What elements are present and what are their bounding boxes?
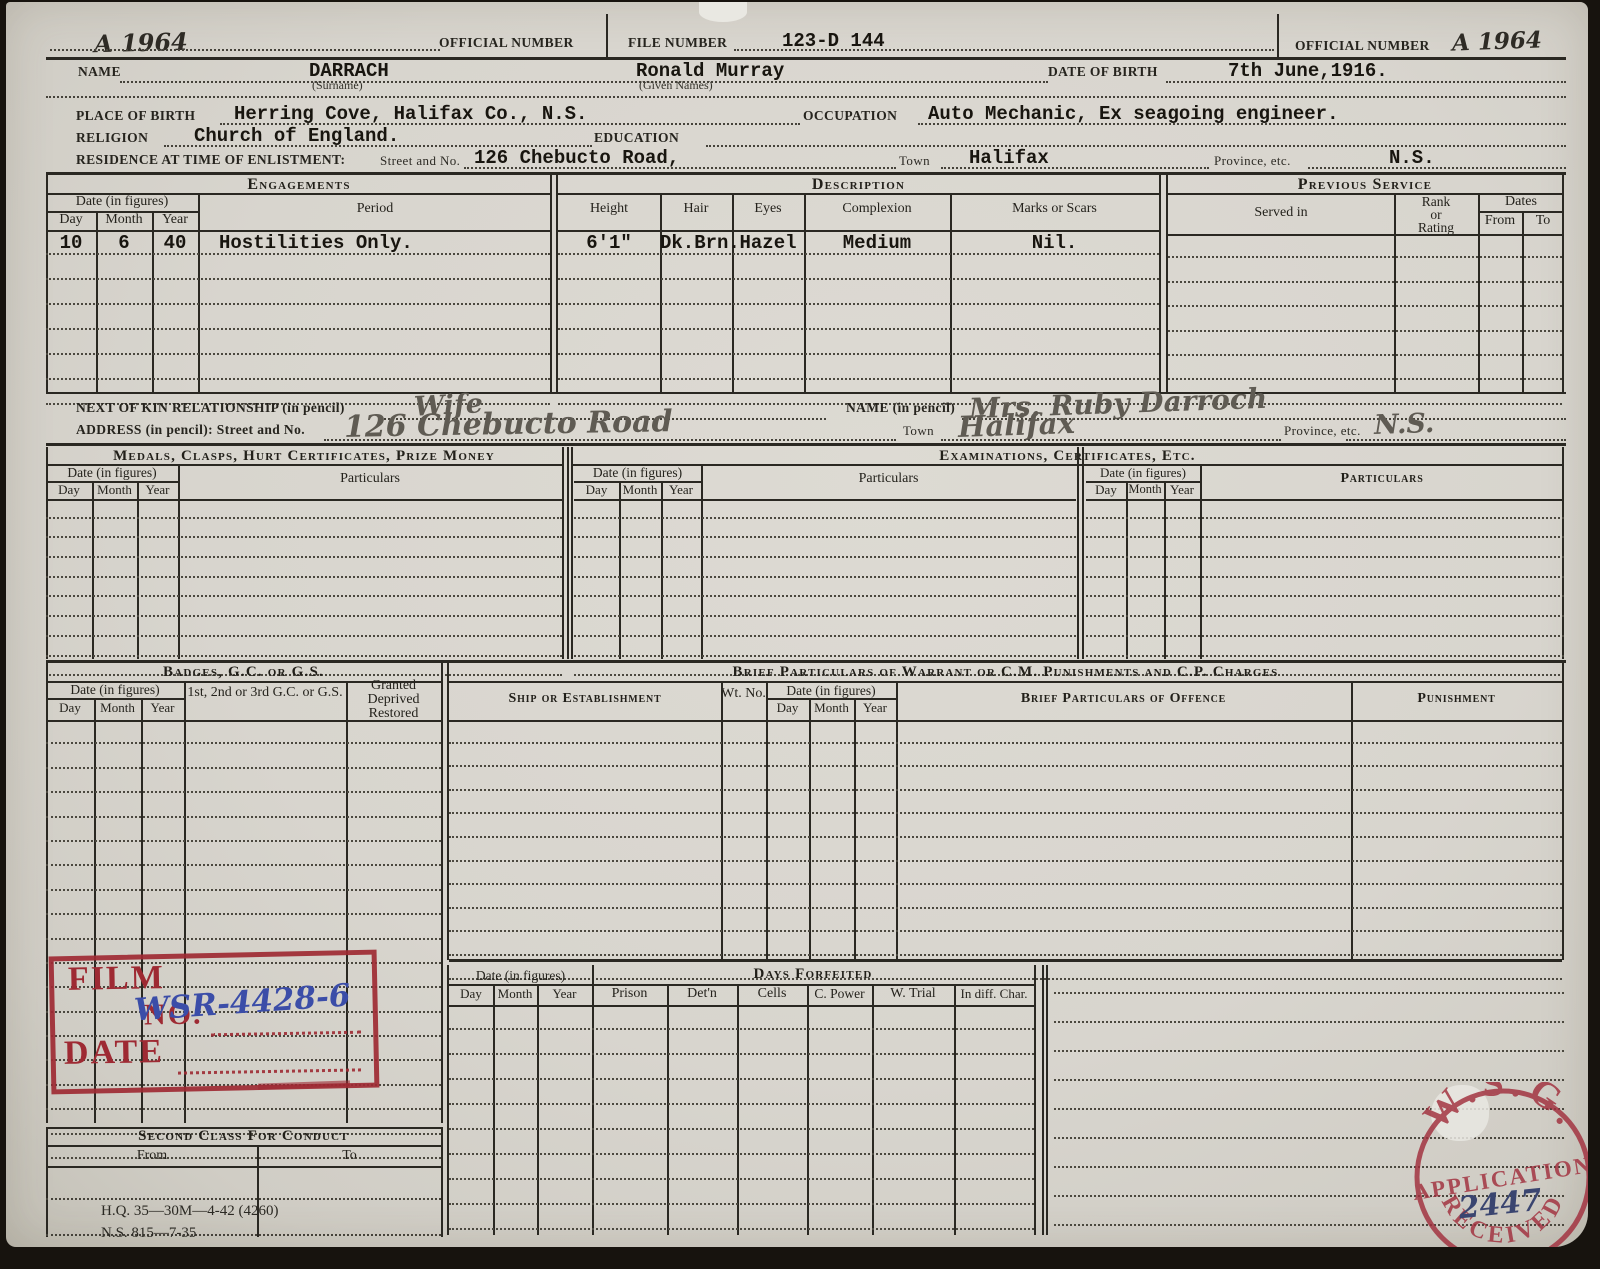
form-number-line2: N.S. 815—7-35 (101, 1225, 196, 1242)
second-class-title: Second Class For Conduct (46, 1128, 441, 1145)
rule (46, 1145, 441, 1147)
badges-granted-header: Granted Deprived Restored (346, 679, 441, 721)
dotted-leader (1166, 81, 1566, 83)
detn-header: Det'n (667, 986, 737, 1002)
table-border (1562, 663, 1564, 960)
complexion-header: Complexion (804, 201, 950, 217)
province-label: Province, etc. (1214, 153, 1291, 169)
punish-month-header: Month (809, 700, 854, 716)
divider (1277, 14, 1279, 58)
to-header: To (1522, 213, 1564, 229)
medals-title: Medals, Clasps, Hurt Certificates, Prize… (46, 448, 562, 465)
medals-month-header: Month (92, 482, 137, 498)
served-in-header: Served in (1168, 205, 1394, 221)
badges-year-header: Year (141, 700, 184, 716)
engagements-empty-rows (46, 230, 550, 405)
rank-line3: Rating (1394, 221, 1478, 234)
official-number-right-value: A 1964 (1452, 26, 1543, 56)
residence-label: RESIDENCE AT TIME OF ENLISTMENT: (76, 152, 345, 168)
residence-sublabel: Street and No. (380, 153, 460, 169)
table-border (1034, 965, 1036, 1235)
exam-mid-empty-rows (574, 499, 1076, 676)
examinations-title: Examinations, Certificates, Etc. (571, 448, 1564, 465)
religion-label: RELIGION (76, 130, 148, 146)
religion-value: Church of England. (194, 125, 399, 147)
eyes-header: Eyes (732, 201, 804, 217)
dotted-leader (1308, 167, 1566, 169)
film-stamp-date-label: DATE (64, 1033, 165, 1073)
from-header: From (1478, 213, 1522, 229)
exam-right-day-header: Day (1086, 482, 1126, 498)
exam-mid-day-header: Day (574, 482, 619, 498)
dotted-leader (941, 167, 1209, 169)
dotted-leader (706, 145, 1566, 147)
period-header: Period (198, 201, 552, 217)
residence-value: 126 Chebucto Road, (474, 147, 679, 169)
height-header: Height (558, 201, 660, 217)
nok-relationship-label: NEXT OF KIN RELATIONSHIP (in pencil) (76, 400, 345, 416)
exam-mid-month-header: Month (619, 482, 661, 498)
place-of-birth-value: Herring Cove, Halifax Co., N.S. (234, 103, 587, 125)
forfeit-empty-rows (449, 1005, 1034, 1247)
table-border (567, 447, 569, 659)
engagements-title: Engagements (46, 176, 552, 194)
punishments-empty-rows (449, 720, 1562, 980)
file-number-value: 123-D 144 (782, 30, 885, 52)
medals-particulars-header: Particulars (178, 471, 562, 487)
official-number-label: OFFICIAL NUMBER (439, 35, 574, 51)
w-trial-header: W. Trial (872, 986, 954, 1002)
given-names-caption: (Given Names) (639, 78, 713, 93)
forfeit-month-header: Month (493, 986, 537, 1002)
days-forfeited-title: Days Forfeited (592, 966, 1034, 983)
file-number-label: FILE NUMBER (628, 35, 727, 51)
prison-header: Prison (592, 986, 667, 1002)
exam-mid-year-header: Year (661, 482, 701, 498)
nok-address-label: ADDRESS (in pencil): Street and No. (76, 422, 305, 438)
rule (46, 443, 1566, 446)
occupation-label: OCCUPATION (803, 108, 897, 124)
marks-header: Marks or Scars (950, 201, 1159, 217)
in-diff-char-header: In diff. Char. (954, 986, 1034, 1002)
exam-right-empty-rows (1086, 499, 1564, 676)
medals-day-header: Day (46, 482, 92, 498)
town-label: Town (899, 153, 930, 169)
name-label: NAME (78, 64, 121, 80)
col-divider (257, 1145, 259, 1237)
dotted-leader (918, 123, 1566, 125)
nok-province-value: N.S. (1373, 408, 1434, 441)
received-stamp: W.S.G. APPLICATION RECEIVED 2447 (1401, 1082, 1588, 1247)
table-border (441, 663, 443, 1123)
badges-date-group: Date (in figures) (46, 682, 184, 698)
day-header: Day (46, 212, 96, 228)
official-number-left-value: A 1964 (94, 27, 189, 58)
table-border (562, 447, 564, 659)
date-group-header: Date (in figures) (46, 194, 198, 210)
dotted-leader (324, 439, 896, 441)
occupation-value: Auto Mechanic, Ex seagoing engineer. (928, 103, 1338, 125)
rule (558, 193, 1159, 195)
rank-header: Rank or Rating (1394, 195, 1478, 234)
punish-date-group: Date (in figures) (766, 683, 896, 699)
dates-header: Dates (1478, 194, 1564, 210)
previous-service-title: Previous Service (1168, 176, 1562, 194)
badges-day-header: Day (46, 700, 94, 716)
official-number-right-label: OFFICIAL NUMBER (1295, 38, 1430, 54)
offence-header: Brief Particulars of Offence (896, 691, 1351, 707)
table-border (1046, 965, 1048, 1235)
punish-day-header: Day (766, 700, 809, 716)
exam-right-date-group: Date (in figures) (1086, 465, 1200, 481)
rule (46, 1166, 441, 1168)
punishments-title: Brief Particulars of Warrant or C.M. Pun… (449, 664, 1562, 681)
nok-province-label: Province, etc. (1284, 423, 1361, 439)
medals-date-group: Date (in figures) (46, 465, 178, 481)
province-value: N.S. (1389, 147, 1435, 169)
badges-gc-header: 1st, 2nd or 3rd G.C. or G.S. (184, 685, 346, 701)
nok-name-label: NAME (in pencil) (846, 400, 955, 416)
forfeit-day-header: Day (449, 986, 493, 1002)
exam-right-year-header: Year (1164, 482, 1200, 498)
rule (571, 464, 1564, 466)
date-of-birth-value: 7th June,1916. (1228, 60, 1388, 82)
forfeit-year-header: Year (537, 986, 592, 1002)
table-border (1159, 175, 1161, 392)
dotted-leader (1346, 439, 1566, 441)
cells-header: Cells (737, 986, 807, 1002)
second-class-from-header: From (46, 1148, 258, 1164)
ship-header: Ship or Establishment (449, 691, 721, 707)
second-class-to-header: To (258, 1148, 441, 1164)
description-empty-rows (558, 230, 1159, 405)
scanned-service-record: { "colors": { "paper": "#d8d5ce", "ink":… (0, 0, 1600, 1269)
place-of-birth-label: PLACE OF BIRTH (76, 108, 195, 124)
exam-mid-particulars-header: Particulars (701, 471, 1076, 487)
paper-tear (699, 2, 747, 22)
medals-empty-rows (46, 499, 562, 676)
c-power-header: C. Power (807, 986, 872, 1002)
dotted-leader (941, 439, 1281, 441)
dotted-leader (120, 81, 1048, 83)
table-border (1082, 447, 1084, 659)
table-border (571, 447, 573, 659)
date-of-birth-label: DATE OF BIRTH (1048, 64, 1158, 80)
table-border (1077, 447, 1079, 659)
description-title: Description (558, 176, 1159, 194)
punishment-header: Punishment (1351, 691, 1562, 707)
svg-text:W.S.G.: W.S.G. (1415, 1082, 1588, 1137)
previous-service-empty-rows (1168, 234, 1562, 405)
badges-month-header: Month (94, 700, 141, 716)
punish-year-header: Year (854, 700, 896, 716)
month-header: Month (96, 212, 152, 228)
rule (46, 172, 1566, 175)
nok-town-label: Town (903, 423, 934, 439)
forfeit-date-group: Date (in figures) (449, 968, 592, 984)
hair-header: Hair (660, 201, 732, 217)
form-number-line1: H.Q. 35—30M—4-42 (4260) (101, 1203, 279, 1220)
table-border (1042, 965, 1044, 1235)
rule (449, 681, 1562, 683)
rule (46, 660, 1566, 663)
wt-no-header: Wt. No. (721, 686, 766, 701)
medals-year-header: Year (137, 482, 178, 498)
received-stamp-org: W.S.G. (1415, 1082, 1588, 1137)
rule (449, 959, 1562, 962)
form-paper: A 1964 OFFICIAL NUMBER FILE NUMBER 123-D… (6, 2, 1588, 1247)
dotted-leader (50, 49, 440, 51)
dotted-row (46, 1198, 441, 1200)
year-header: Year (152, 212, 198, 228)
surname-caption: (Surname) (312, 78, 363, 93)
dotted-leader (46, 96, 1566, 98)
town-value: Halifax (969, 147, 1049, 169)
table-border (441, 1127, 443, 1237)
education-label: EDUCATION (594, 130, 679, 146)
exam-mid-date-group: Date (in figures) (574, 465, 701, 481)
dotted-leader (464, 167, 896, 169)
exam-right-particulars-header: Particulars (1200, 471, 1564, 487)
exam-right-month-header: Month (1126, 482, 1164, 497)
divider (606, 14, 608, 58)
rule (46, 392, 1566, 394)
